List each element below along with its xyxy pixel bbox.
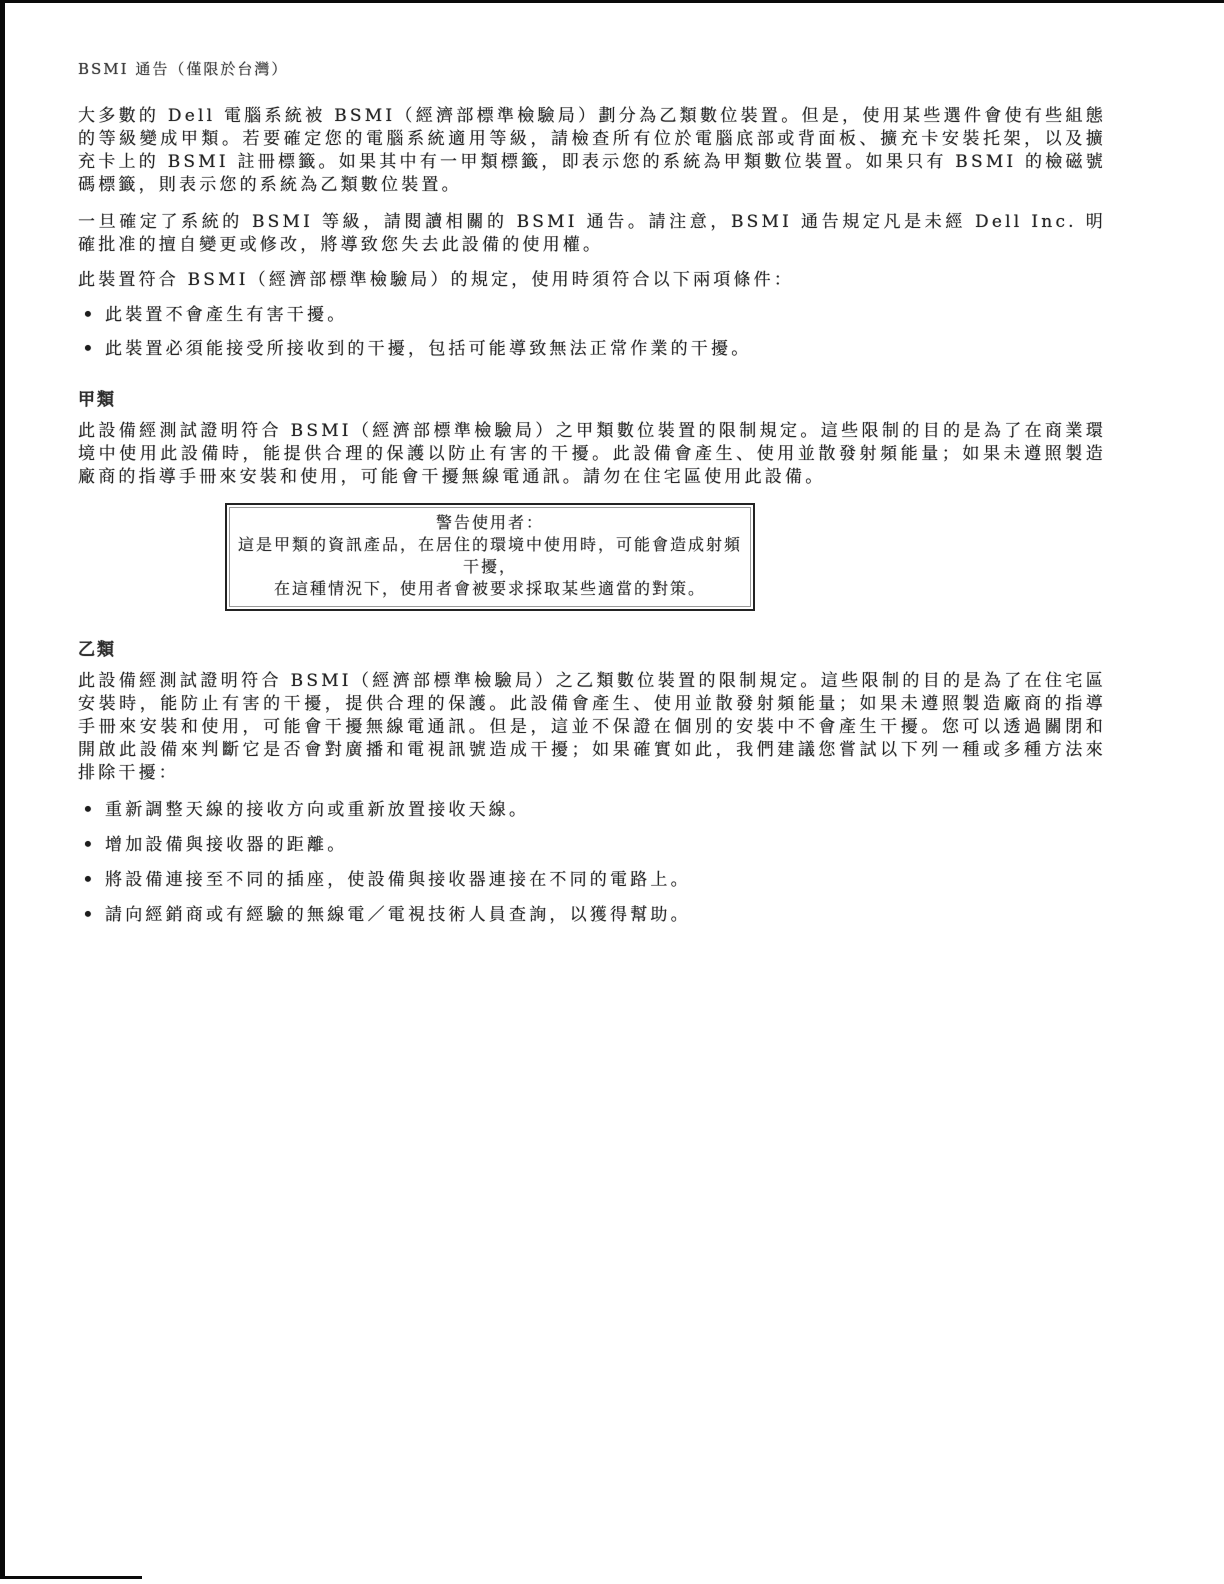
warning-line-1: 這是甲類的資訊產品，在居住的環境中使用時，可能會造成射頻干擾， xyxy=(238,534,742,578)
list-item: 此裝置不會產生有害干擾。 xyxy=(78,304,1106,327)
class-a-heading: 甲類 xyxy=(78,385,1106,410)
list-item: 重新調整天線的接收方向或重新放置接收天線。 xyxy=(78,799,1106,822)
page-border-top xyxy=(0,0,1224,3)
list-item: 將設備連接至不同的插座，使設備與接收器連接在不同的電路上。 xyxy=(78,869,1106,892)
page-border-bottom-left xyxy=(0,1576,142,1579)
warning-line-2: 在這種情況下，使用者會被要求採取某些適當的對策。 xyxy=(238,578,742,600)
conditions-list: 此裝置不會產生有害干擾。 此裝置必須能接受所接收到的干擾，包括可能導致無法正常作… xyxy=(78,304,1106,361)
document-page: BSMI 通告（僅限於台灣） 大多數的 Dell 電腦系統被 BSMI（經濟部標… xyxy=(78,58,1106,939)
warning-box-inner: 警告使用者： 這是甲類的資訊產品，在居住的環境中使用時，可能會造成射頻干擾， 在… xyxy=(229,507,751,607)
list-item-text: 此裝置必須能接受所接收到的干擾，包括可能導致無法正常作業的干擾。 xyxy=(105,339,751,359)
page-border-left xyxy=(0,0,5,1578)
warning-title: 警告使用者： xyxy=(238,512,742,534)
list-item: 增加設備與接收器的距離。 xyxy=(78,834,1106,857)
list-item-text: 重新調整天線的接收方向或重新放置接收天線。 xyxy=(105,800,529,820)
bsmi-level-paragraph: 一旦確定了系統的 BSMI 等級，請閱讀相關的 BSMI 通告。請注意，BSMI… xyxy=(78,211,1106,257)
remedies-list: 重新調整天線的接收方向或重新放置接收天線。 增加設備與接收器的距離。 將設備連接… xyxy=(78,799,1106,927)
list-item-text: 此裝置不會產生有害干擾。 xyxy=(105,305,347,325)
class-b-heading: 乙類 xyxy=(78,635,1106,660)
list-item-text: 增加設備與接收器的距離。 xyxy=(105,835,347,855)
page-title: BSMI 通告（僅限於台灣） xyxy=(78,58,1106,79)
list-item-text: 請向經銷商或有經驗的無線電／電視技術人員查詢，以獲得幫助。 xyxy=(105,905,691,925)
class-b-paragraph: 此設備經測試證明符合 BSMI（經濟部標準檢驗局）之乙類數位裝置的限制規定。這些… xyxy=(78,670,1106,785)
list-item-text: 將設備連接至不同的插座，使設備與接收器連接在不同的電路上。 xyxy=(105,870,691,890)
conditions-intro-paragraph: 此裝置符合 BSMI（經濟部標準檢驗局）的規定，使用時須符合以下兩項條件： xyxy=(78,269,1106,292)
list-item: 請向經銷商或有經驗的無線電／電視技術人員查詢，以獲得幫助。 xyxy=(78,904,1106,927)
class-a-paragraph: 此設備經測試證明符合 BSMI（經濟部標準檢驗局）之甲類數位裝置的限制規定。這些… xyxy=(78,420,1106,489)
intro-paragraph: 大多數的 Dell 電腦系統被 BSMI（經濟部標準檢驗局）劃分為乙類數位裝置。… xyxy=(78,105,1106,197)
class-a-warning-box: 警告使用者： 這是甲類的資訊產品，在居住的環境中使用時，可能會造成射頻干擾， 在… xyxy=(225,503,755,611)
list-item: 此裝置必須能接受所接收到的干擾，包括可能導致無法正常作業的干擾。 xyxy=(78,338,1106,361)
